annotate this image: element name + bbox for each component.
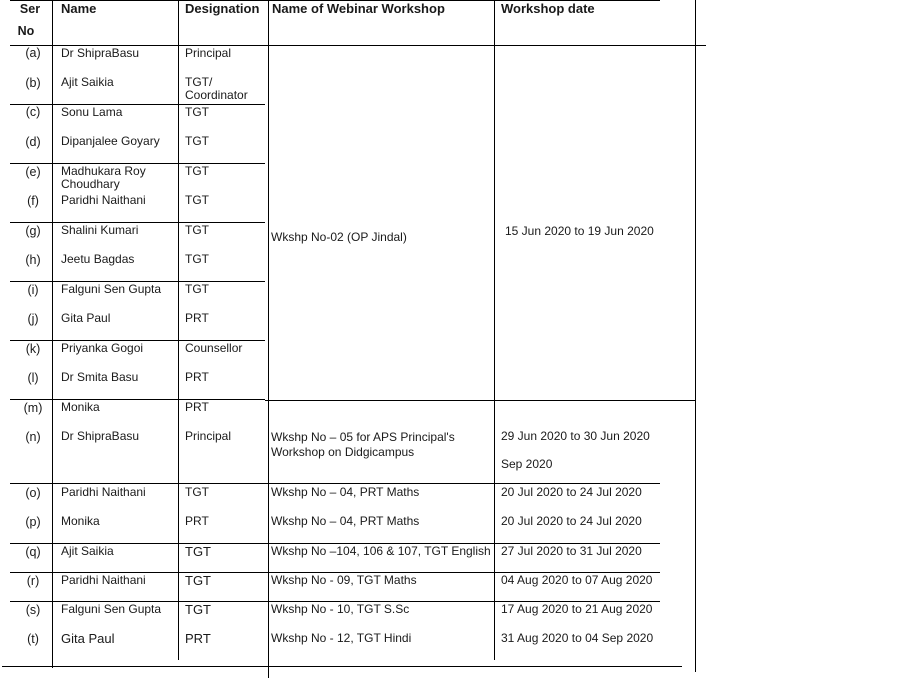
ser-no: (b) bbox=[13, 77, 53, 90]
person-name: Paridhi Naithani bbox=[61, 574, 146, 587]
header-name: Name bbox=[61, 2, 96, 16]
person-name: Ajit Saikia bbox=[61, 545, 114, 558]
ser-no: (k) bbox=[13, 343, 53, 356]
designation: TGT bbox=[185, 106, 209, 119]
row-divider bbox=[265, 400, 695, 401]
workshop-name: Wkshp No – 04, PRT Maths bbox=[271, 515, 419, 528]
designation: Principal bbox=[185, 47, 231, 60]
workshop-date: 29 Jun 2020 to 30 Jun 2020 bbox=[501, 430, 650, 443]
designation: PRT bbox=[185, 515, 209, 528]
designation: TGT bbox=[185, 165, 209, 178]
designation: TGT bbox=[185, 253, 209, 266]
workshop-date: 17 Aug 2020 to 21 Aug 2020 bbox=[501, 603, 652, 616]
person-name: Falguni Sen Gupta bbox=[61, 603, 161, 616]
ser-no: (h) bbox=[13, 254, 53, 267]
ser-no: (s) bbox=[13, 604, 53, 617]
workshop-name: Wkshp No - 12, TGT Hindi bbox=[271, 632, 411, 645]
designation: PRT bbox=[185, 371, 209, 384]
col-line-right bbox=[695, 0, 696, 672]
workshop-name: Wkshp No - 09, TGT Maths bbox=[271, 574, 417, 587]
ser-no: (r) bbox=[13, 575, 53, 588]
person-name: Dipanjalee Goyary bbox=[61, 135, 160, 148]
person-name: Monika bbox=[61, 515, 100, 528]
person-name: Dr ShipraBasu bbox=[61, 47, 139, 60]
ser-no: (a) bbox=[13, 47, 53, 60]
workshop-date: 27 Jul 2020 to 31 Jul 2020 bbox=[501, 545, 642, 558]
row-divider bbox=[10, 483, 660, 484]
ser-no: (g) bbox=[13, 225, 53, 238]
designation: Principal bbox=[185, 430, 231, 443]
workshop-date-extra: Sep 2020 bbox=[501, 458, 552, 471]
person-name: Priyanka Gogoi bbox=[61, 342, 143, 355]
ser-no: (d) bbox=[13, 136, 53, 149]
person-name: Jeetu Bagdas bbox=[61, 253, 134, 266]
workshop-name: Wkshp No – 05 for APS Principal's Worksh… bbox=[271, 430, 471, 460]
designation: TGT bbox=[185, 283, 209, 296]
designation: TGT/ Coordinator bbox=[185, 76, 255, 102]
ser-no: (m) bbox=[13, 402, 53, 415]
workshop-name: Wkshp No-02 (OP Jindal) bbox=[271, 231, 407, 244]
designation: TGT bbox=[185, 194, 209, 207]
workshop-date: 04 Aug 2020 to 07 Aug 2020 bbox=[501, 574, 652, 587]
col-line-date bbox=[494, 0, 495, 660]
ser-no: (l) bbox=[13, 372, 53, 385]
col-line-webinar bbox=[268, 0, 269, 678]
workshop-date: 20 Jul 2020 to 24 Jul 2020 bbox=[501, 486, 642, 499]
ser-no: (f) bbox=[13, 195, 53, 208]
person-name: Madhukara Roy Choudhary bbox=[61, 165, 171, 191]
person-name: Gita Paul bbox=[61, 632, 114, 645]
designation: TGT bbox=[185, 486, 209, 499]
workshop-date: 20 Jul 2020 to 24 Jul 2020 bbox=[501, 515, 642, 528]
designation: PRT bbox=[185, 312, 209, 325]
row-divider bbox=[10, 399, 265, 400]
ser-no: (c) bbox=[13, 106, 53, 119]
person-name: Ajit Saikia bbox=[61, 76, 114, 89]
ser-no: (j) bbox=[13, 313, 53, 326]
designation: TGT bbox=[185, 603, 211, 616]
col-line-designation bbox=[178, 0, 179, 660]
designation: TGT bbox=[185, 224, 209, 237]
person-name: Paridhi Naithani bbox=[61, 486, 146, 499]
workshop-date: 31 Aug 2020 to 04 Sep 2020 bbox=[501, 632, 653, 645]
person-name: Gita Paul bbox=[61, 312, 110, 325]
designation: TGT bbox=[185, 135, 209, 148]
workshop-name: Wkshp No – 04, PRT Maths bbox=[271, 486, 419, 499]
person-name: Sonu Lama bbox=[61, 106, 122, 119]
border-bottom bbox=[2, 666, 682, 667]
ser-no: (e) bbox=[13, 166, 53, 179]
header-no: No bbox=[6, 24, 46, 38]
person-name: Dr ShipraBasu bbox=[61, 430, 139, 443]
ser-no: (t) bbox=[13, 633, 53, 646]
header-ser: Ser bbox=[10, 2, 50, 16]
ser-no: (o) bbox=[13, 487, 53, 500]
designation: PRT bbox=[185, 401, 209, 414]
workshop-name: Wkshp No –104, 106 & 107, TGT English bbox=[271, 545, 491, 558]
ser-no: (i) bbox=[13, 284, 53, 297]
person-name: Paridhi Naithani bbox=[61, 194, 146, 207]
designation: Counsellor bbox=[185, 342, 242, 355]
header-designation: Designation bbox=[185, 2, 259, 16]
row-divider bbox=[10, 104, 265, 105]
workshop-name: Wkshp No - 10, TGT S.Sc bbox=[271, 603, 409, 616]
ser-no: (n) bbox=[13, 431, 53, 444]
col-line-name bbox=[52, 0, 53, 668]
person-name: Falguni Sen Gupta bbox=[61, 283, 161, 296]
designation: TGT bbox=[185, 545, 211, 558]
ser-no: (q) bbox=[13, 546, 53, 559]
designation: TGT bbox=[185, 574, 211, 587]
header-date: Workshop date bbox=[501, 2, 595, 16]
person-name: Monika bbox=[61, 401, 100, 414]
person-name: Dr Smita Basu bbox=[61, 371, 138, 384]
workshop-date: 15 Jun 2020 to 19 Jun 2020 bbox=[505, 225, 654, 238]
designation: PRT bbox=[185, 632, 211, 645]
person-name: Shalini Kumari bbox=[61, 224, 138, 237]
ser-no: (p) bbox=[13, 516, 53, 529]
header-webinar: Name of Webinar Workshop bbox=[272, 2, 445, 16]
